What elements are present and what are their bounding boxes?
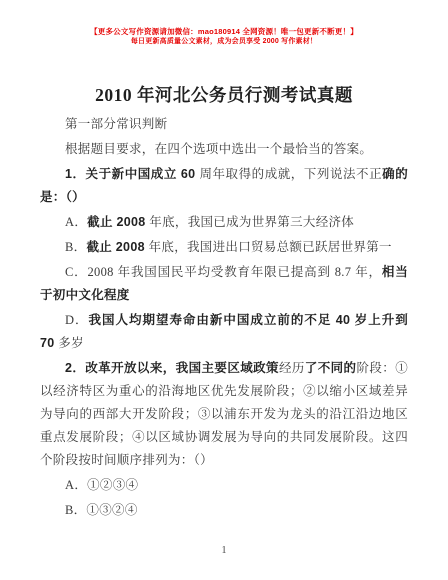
text-run: 阶段：①以经济特区为重心的沿海地区优先发展阶段；②以缩小区域差异为导向的西部大开… [40, 361, 408, 467]
promo-watermark-line1: 【更多公文写作资源请加微信：mao180914 全网资源！唯一包更新不断更！】 [0, 26, 448, 37]
instruction-line: 根据题目要求，在四个选项中选出一个最恰当的答案。 [40, 138, 408, 161]
bold-text-run: 我国人均期望寿命由新中国成立前的不足 40 岁上升到 70 [40, 313, 408, 350]
question-1-stem: 1．关于新中国成立 60 周年取得的成就，下列说法不正确的是：（） [40, 163, 408, 209]
bold-text-run: 截止 2008 [87, 215, 149, 229]
text-run: 周年取得的成就，下列说法不正 [199, 167, 382, 181]
document-body: 第一部分常识判断 根据题目要求，在四个选项中选出一个最恰当的答案。 1．关于新中… [0, 113, 448, 522]
bold-text-run: 2．改革开放以来，我国主要区域政策 [65, 361, 279, 375]
text-run: D． [65, 313, 89, 327]
text-run: 多岁 [58, 336, 84, 350]
text-run: 年底，我国已成为世界第三大经济体 [149, 215, 354, 229]
section-heading: 第一部分常识判断 [40, 113, 408, 136]
document-page: { "colors": { "watermark_red": "#e60000"… [0, 0, 448, 580]
text-run: B． [65, 240, 86, 254]
question-2-option-a: A．①②③④ [40, 474, 408, 497]
text-run: A．①②③④ [65, 478, 138, 492]
page-title: 2010 年河北公务员行测考试真题 [0, 83, 448, 107]
question-2-stem: 2．改革开放以来，我国主要区域政策经历了不同的阶段：①以经济特区为重心的沿海地区… [40, 357, 408, 472]
text-run: 年底，我国进出口贸易总额已跃居世界第一 [149, 240, 392, 254]
text-run: 第一部分常识判断 [65, 117, 167, 131]
question-1-option-c: C．2008 年我国国民平均受教育年限已提高到 8.7 年，相当于初中文化程度 [40, 261, 408, 307]
question-2-option-b: B．①③②④ [40, 499, 408, 522]
text-run: A． [65, 215, 87, 229]
page-number: 1 [0, 545, 448, 556]
bold-text-run: 截止 2008 [86, 240, 148, 254]
bold-text-run: 了不同的 [305, 361, 357, 375]
question-1-option-d: D．我国人均期望寿命由新中国成立前的不足 40 岁上升到 70 多岁 [40, 309, 408, 355]
text-run: C．2008 年我国国民平均受教育年限已提高到 8.7 年， [65, 265, 382, 279]
bold-text-run: 1．关于新中国成立 60 [65, 167, 199, 181]
promo-watermark: 【更多公文写作资源请加微信：mao180914 全网资源！唯一包更新不断更！】 … [0, 0, 448, 47]
question-1-option-a: A．截止 2008 年底，我国已成为世界第三大经济体 [40, 211, 408, 234]
text-run: B．①③②④ [65, 503, 138, 517]
text-run: 经历 [279, 361, 305, 375]
text-run: 根据题目要求，在四个选项中选出一个最恰当的答案。 [65, 142, 372, 156]
promo-watermark-line2: 每日更新高质量公文素材，成为会员享受 2000 写作素材！ [0, 37, 448, 47]
question-1-option-b: B．截止 2008 年底，我国进出口贸易总额已跃居世界第一 [40, 236, 408, 259]
